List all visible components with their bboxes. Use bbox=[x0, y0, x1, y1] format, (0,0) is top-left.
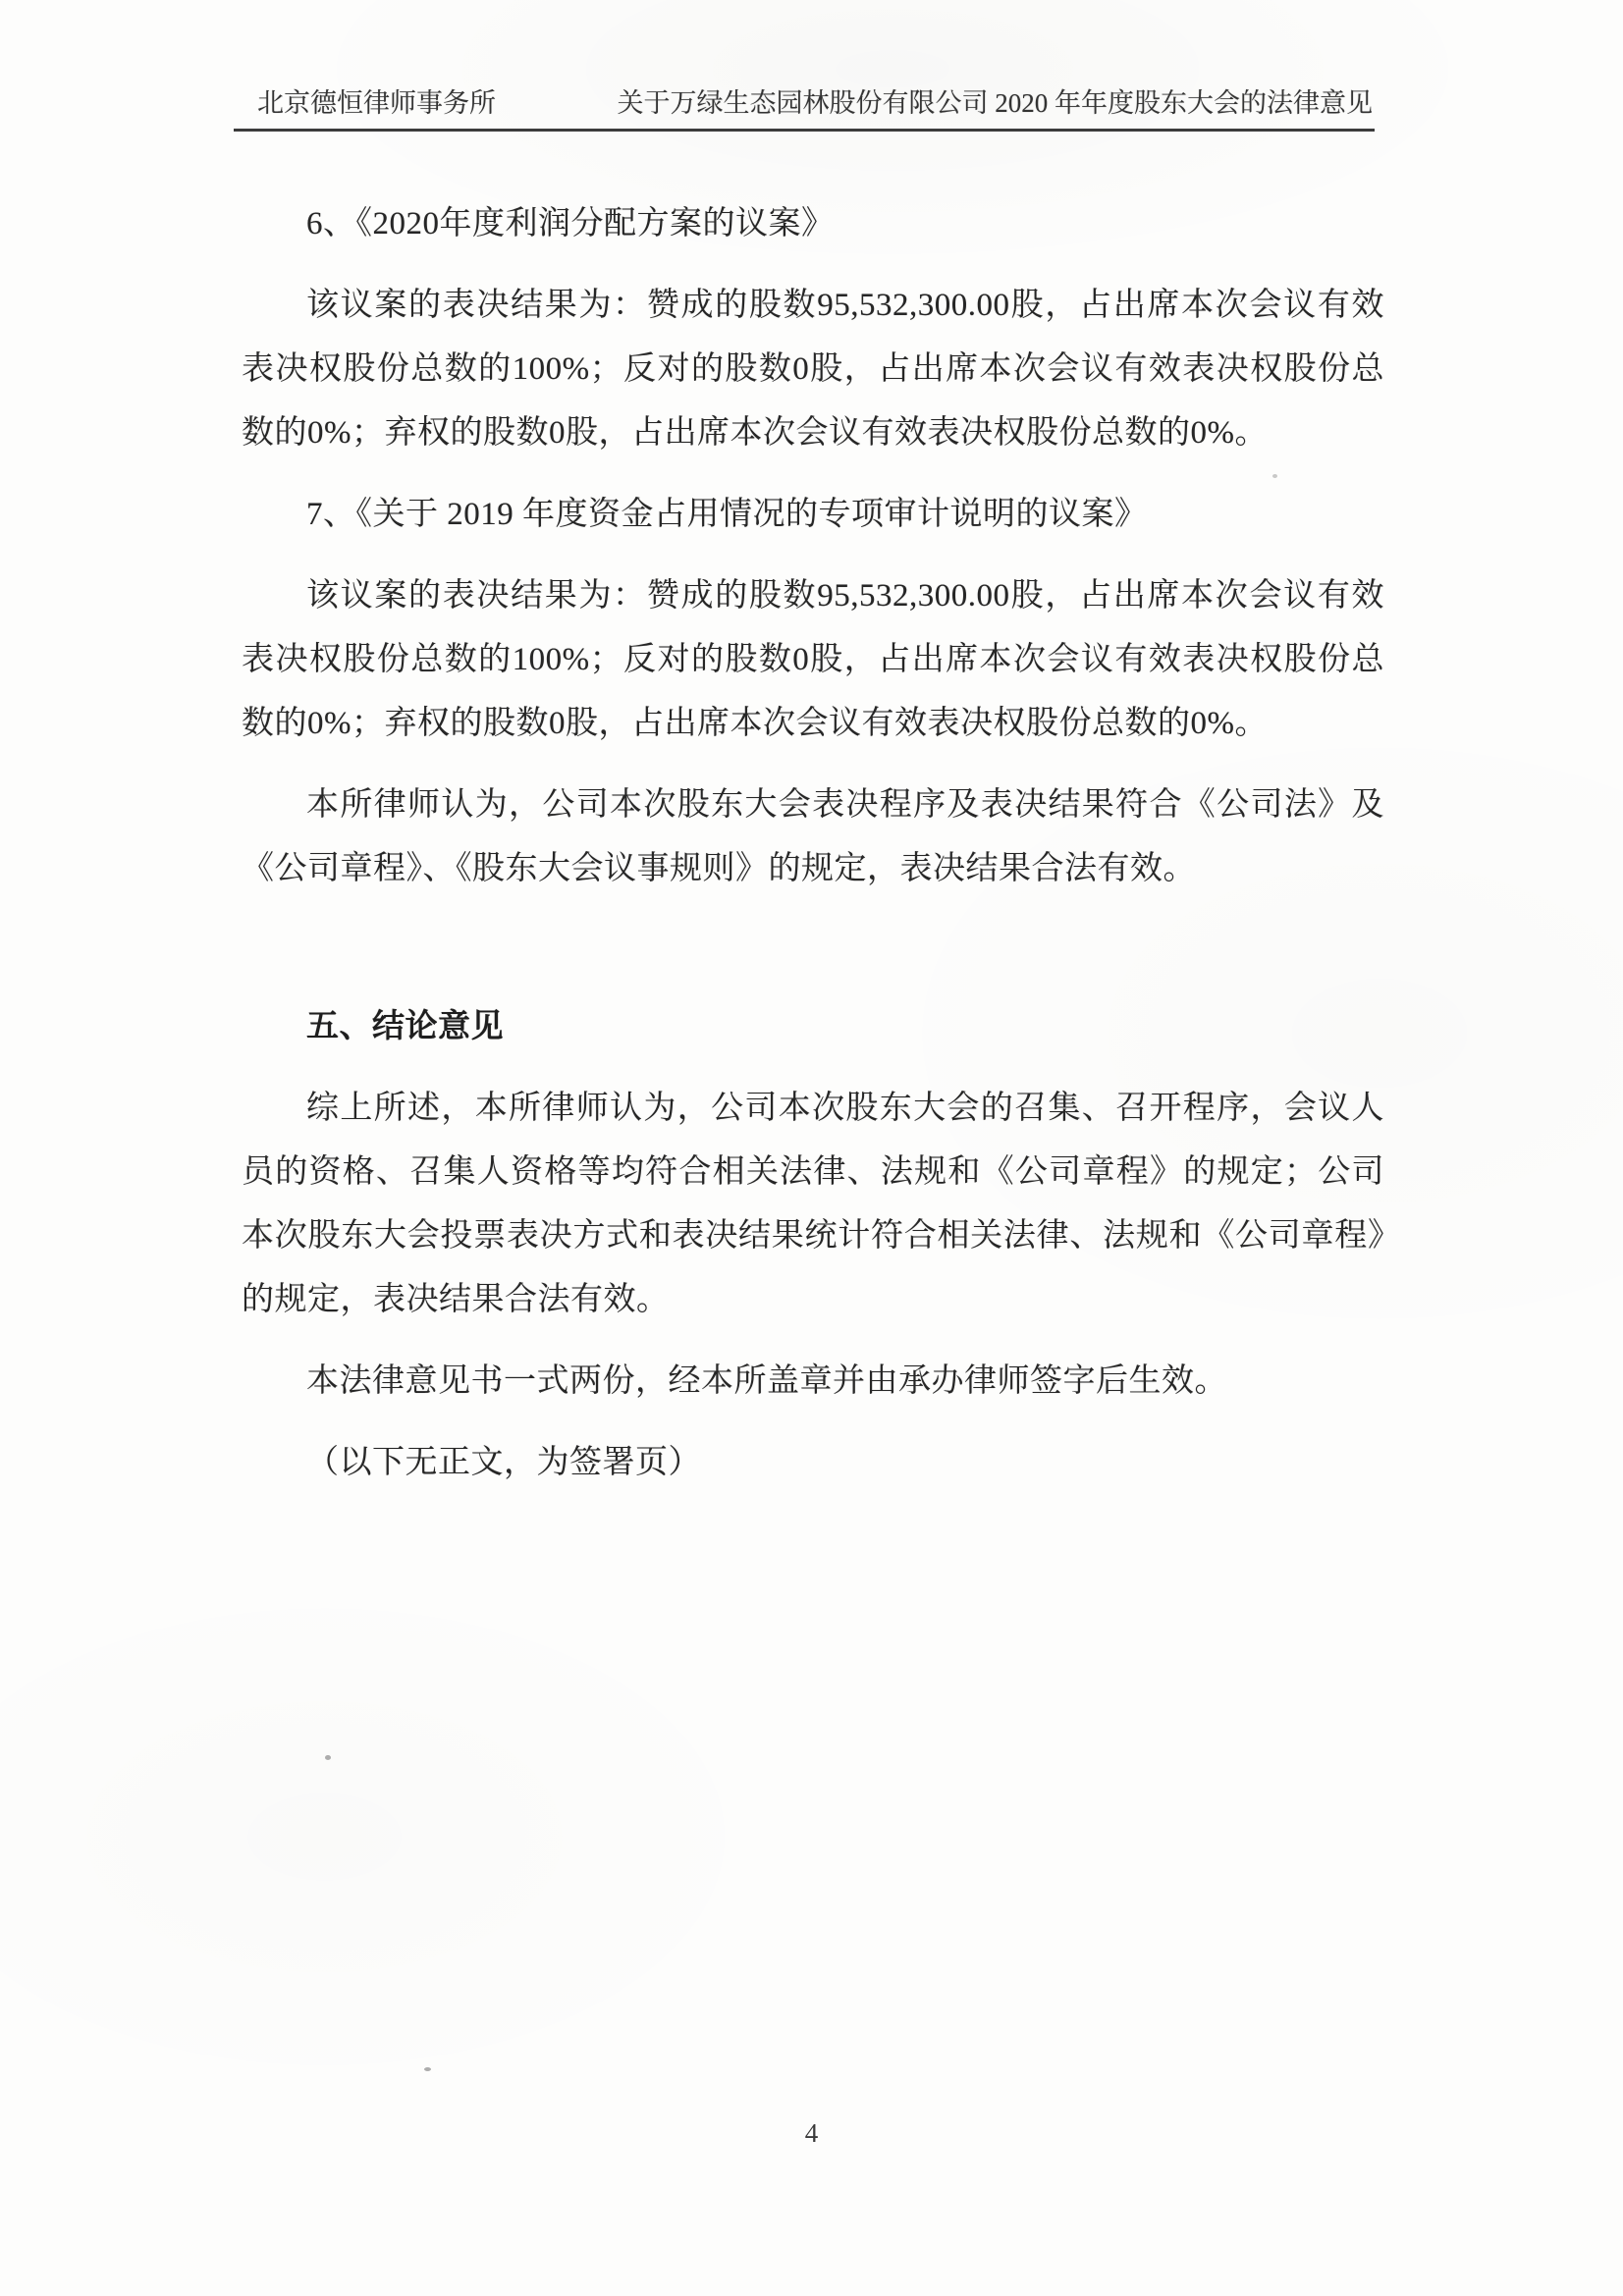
scan-speck bbox=[424, 2067, 431, 2071]
agenda-item-6-title: 6、《2020年度利润分配方案的议案》 bbox=[242, 192, 1384, 256]
document-body: 6、《2020年度利润分配方案的议案》 该议案的表决结果为：赞成的股数95,53… bbox=[242, 192, 1384, 1513]
no-main-text-note: （以下无正文，为签署页） bbox=[242, 1431, 1384, 1495]
agenda-item-7-vote-result: 该议案的表决结果为：赞成的股数95,532,300.00股，占出席本次会议有效表… bbox=[242, 564, 1384, 756]
scan-speck bbox=[325, 1755, 331, 1760]
scan-speck bbox=[1272, 474, 1277, 478]
document-page: 北京德恒律师事务所 关于万绿生态园林股份有限公司 2020 年年度股东大会的法律… bbox=[0, 0, 1623, 2296]
page-number: 4 bbox=[0, 2118, 1623, 2149]
conclusion-section-heading: 五、结论意见 bbox=[242, 995, 1384, 1059]
effectiveness-paragraph: 本法律意见书一式两份，经本所盖章并由承办律师签字后生效。 bbox=[242, 1350, 1384, 1414]
header-firm-name: 北京德恒律师事务所 bbox=[234, 86, 496, 120]
header-document-title: 关于万绿生态园林股份有限公司 2020 年年度股东大会的法律意见 bbox=[618, 86, 1376, 120]
agenda-item-7-title: 7、《关于 2019 年度资金占用情况的专项审计说明的议案》 bbox=[242, 483, 1384, 547]
conclusion-paragraph: 综上所述，本所律师认为，公司本次股东大会的召集、召开程序，会议人员的资格、召集人… bbox=[242, 1077, 1384, 1332]
lawyer-opinion-paragraph: 本所律师认为，公司本次股东大会表决程序及表决结果符合《公司法》及《公司章程》、《… bbox=[242, 774, 1384, 901]
page-header: 北京德恒律师事务所 关于万绿生态园林股份有限公司 2020 年年度股东大会的法律… bbox=[234, 86, 1375, 132]
agenda-item-6-vote-result: 该议案的表决结果为：赞成的股数95,532,300.00股，占出席本次会议有效表… bbox=[242, 274, 1384, 465]
